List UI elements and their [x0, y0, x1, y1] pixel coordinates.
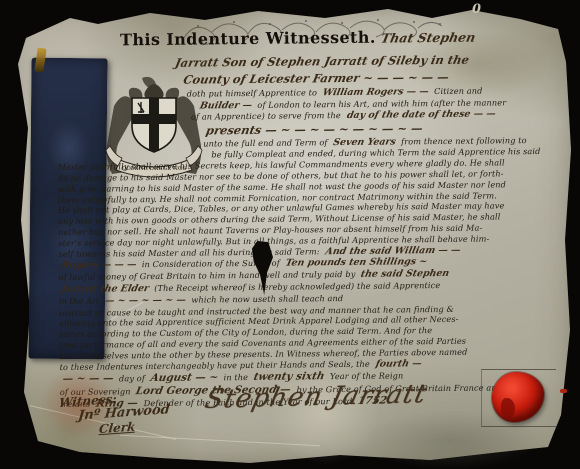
- handwritten-text: Rogers — — —: [60, 261, 137, 273]
- handwritten-text: — ~ — ~ — ~ —: [104, 295, 187, 307]
- printed-text: from thence next following to: [401, 135, 527, 146]
- handwritten-text: Seven Years: [332, 136, 397, 148]
- printed-text: day of: [119, 373, 145, 383]
- handwritten-text: Jarratt the Elder: [61, 284, 150, 296]
- printed-text: of London to learn his Art, and with him…: [257, 97, 506, 110]
- printed-text: unto the full end and Term of: [203, 137, 327, 148]
- red-ink-mark: [560, 389, 567, 393]
- printed-text: (The Receipt whereof is hereby acknowled…: [154, 280, 440, 293]
- apprentice-signature: Stephen Jarratt: [202, 379, 430, 415]
- handwritten-text: William Rogers — —: [321, 86, 429, 99]
- handwritten-text: Builder —: [199, 99, 253, 111]
- handwritten-text: That Stephen: [379, 25, 478, 51]
- handwritten-text: day of the date of these — —: [345, 108, 496, 121]
- handwritten-text: presents — ~ — ~ — ~ — ~ — ~ —: [205, 121, 424, 137]
- printed-text: in the Art: [59, 295, 100, 305]
- witness-block: Witness: Jnº Harwood Clerk: [59, 388, 172, 439]
- blackletter-heading: This Indenture Witnesseth.: [120, 28, 376, 50]
- printed-text: doth put himself Apprentice to: [187, 87, 317, 98]
- handwritten-text: County of Leicester Farmer ~ — — ~ — —: [182, 69, 451, 88]
- printed-text: which he now useth shall teach and: [191, 293, 343, 305]
- photograph-of-indenture: DOMINE DIRIGE NOS This Indenture Witness…: [0, 0, 580, 469]
- printed-text: self towards his said Master and all his…: [58, 246, 319, 259]
- page-corner-mark: 0: [472, 2, 481, 17]
- handwritten-text: the said Stephen: [360, 269, 451, 281]
- printed-text: in the: [224, 372, 249, 382]
- document-lines: This Indenture Witnesseth. That Stephen …: [56, 23, 574, 411]
- handwritten-text: fourth —: [374, 359, 422, 370]
- indenture-text: This Indenture Witnesseth. That Stephen …: [56, 23, 574, 411]
- handwritten-text: Jarratt Son of Stephen Jarratt of Sileby…: [174, 52, 471, 71]
- handwritten-text: August — ~: [149, 372, 219, 385]
- printed-text: Citizen and: [434, 86, 482, 97]
